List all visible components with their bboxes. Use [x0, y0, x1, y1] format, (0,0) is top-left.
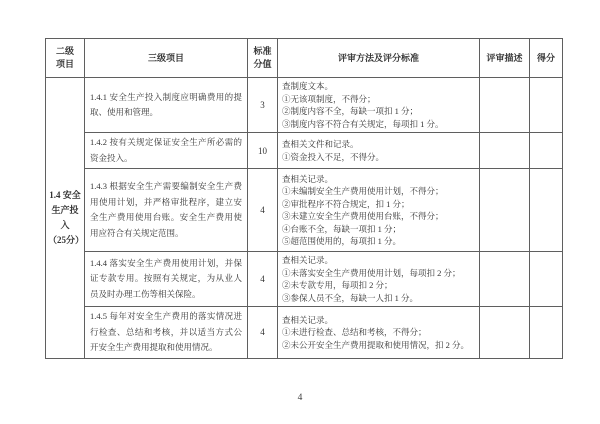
criteria-line: ①资金投入不足，不得分。: [282, 151, 475, 164]
score-cell-1-4-3: 4: [248, 169, 278, 252]
score-obtained-cell: [530, 133, 563, 169]
header-standard-score: 标准 分值: [248, 39, 278, 78]
secondary-item-cell: 1.4 安全 生产投入 （25分）: [46, 78, 85, 359]
criteria-line: ①未落实安全生产费用使用计划，每项扣 2 分；: [282, 267, 475, 280]
criteria-line: 查相关记录。: [282, 173, 475, 186]
item-cell-1-4-5: 1.4.5 每年对安全生产费用的落实情况进行检查、总结和考核，并以适当方式公开安…: [85, 307, 248, 359]
criteria-line: 查相关记录。: [282, 314, 475, 327]
score-cell-1-4-1: 3: [248, 78, 278, 133]
header-review-method: 评审方法及评分标准: [278, 39, 480, 78]
criteria-cell-1-4-4: 查相关记录。 ①未落实安全生产费用使用计划，每项扣 2 分； ②未专款专用，每项…: [278, 252, 480, 307]
criteria-line: ②审批程序不符合规定，扣 1 分；: [282, 198, 475, 211]
item-cell-1-4-3: 1.4.3 根据安全生产需要编制安全生产费用使用计划，并严格审批程序，建立安全生…: [85, 169, 248, 252]
criteria-line: ④台账不全，每缺一项扣 1 分；: [282, 223, 475, 236]
criteria-line: ③制度内容不符合有关规定，每项扣 1 分。: [282, 118, 475, 131]
criteria-line: ⑤超范围使用的，每项扣 1 分。: [282, 235, 475, 248]
table-row-1-4-5: 1.4.5 每年对安全生产费用的落实情况进行检查、总结和考核，并以适当方式公开安…: [46, 307, 563, 359]
table-row-1-4-1: 1.4 安全 生产投入 （25分） 1.4.1 安全生产投入制度应明确费用的提取…: [46, 78, 563, 133]
item-cell-1-4-1: 1.4.1 安全生产投入制度应明确费用的提取、使用和管理。: [85, 78, 248, 133]
score-cell-1-4-2: 10: [248, 133, 278, 169]
criteria-line: ①未进行检查、总结和考核，不得分；: [282, 326, 475, 339]
item-cell-1-4-2: 1.4.2 按有关规定保证安全生产所必需的资金投入。: [85, 133, 248, 169]
page-number: 4: [0, 393, 600, 403]
criteria-line: ①未编制安全生产费用使用计划，不得分；: [282, 185, 475, 198]
header-tertiary-project: 三级项目: [85, 39, 248, 78]
criteria-cell-1-4-3: 查相关记录。 ①未编制安全生产费用使用计划，不得分； ②审批程序不符合规定，扣 …: [278, 169, 480, 252]
criteria-line: ②制度内容不全，每缺一项扣 1 分；: [282, 105, 475, 118]
header-score-obtained: 得分: [530, 39, 563, 78]
criteria-line: 查制度文本。: [282, 80, 475, 93]
criteria-line: 查相关文件和记录。: [282, 138, 475, 151]
table-row-1-4-4: 1.4.4 落实安全生产费用使用计划，并保证专款专用。按照有关规定，为从业人员及…: [46, 252, 563, 307]
review-description-cell: [480, 133, 530, 169]
criteria-line: ①无该项制度，不得分；: [282, 93, 475, 106]
review-description-cell: [480, 78, 530, 133]
evaluation-table: 二级 项目 三级项目 标准 分值 评审方法及评分标准 评审描述 得分 1.4 安…: [45, 38, 563, 359]
review-description-cell: [480, 252, 530, 307]
score-cell-1-4-4: 4: [248, 252, 278, 307]
score-obtained-cell: [530, 307, 563, 359]
criteria-cell-1-4-1: 查制度文本。 ①无该项制度，不得分； ②制度内容不全，每缺一项扣 1 分； ③制…: [278, 78, 480, 133]
score-obtained-cell: [530, 169, 563, 252]
header-secondary-project: 二级 项目: [46, 39, 85, 78]
review-description-cell: [480, 169, 530, 252]
table-header-row: 二级 项目 三级项目 标准 分值 评审方法及评分标准 评审描述 得分: [46, 39, 563, 78]
criteria-line: ③未建立安全生产费用使用台账，不得分；: [282, 210, 475, 223]
criteria-line: ②未公开安全生产费用提取和使用情况，扣 2 分。: [282, 339, 475, 352]
item-cell-1-4-4: 1.4.4 落实安全生产费用使用计划，并保证专款专用。按照有关规定，为从业人员及…: [85, 252, 248, 307]
criteria-line: 查相关记录。: [282, 254, 475, 267]
criteria-cell-1-4-5: 查相关记录。 ①未进行检查、总结和考核，不得分； ②未公开安全生产费用提取和使用…: [278, 307, 480, 359]
criteria-line: ②未专款专用，每项扣 2 分；: [282, 279, 475, 292]
review-description-cell: [480, 307, 530, 359]
table-row-1-4-3: 1.4.3 根据安全生产需要编制安全生产费用使用计划，并严格审批程序，建立安全生…: [46, 169, 563, 252]
score-cell-1-4-5: 4: [248, 307, 278, 359]
header-review-description: 评审描述: [480, 39, 530, 78]
criteria-cell-1-4-2: 查相关文件和记录。 ①资金投入不足，不得分。: [278, 133, 480, 169]
table-row-1-4-2: 1.4.2 按有关规定保证安全生产所必需的资金投入。 10 查相关文件和记录。 …: [46, 133, 563, 169]
score-obtained-cell: [530, 252, 563, 307]
score-obtained-cell: [530, 78, 563, 133]
criteria-line: ③参保人员不全，每缺一人扣 1 分。: [282, 292, 475, 305]
